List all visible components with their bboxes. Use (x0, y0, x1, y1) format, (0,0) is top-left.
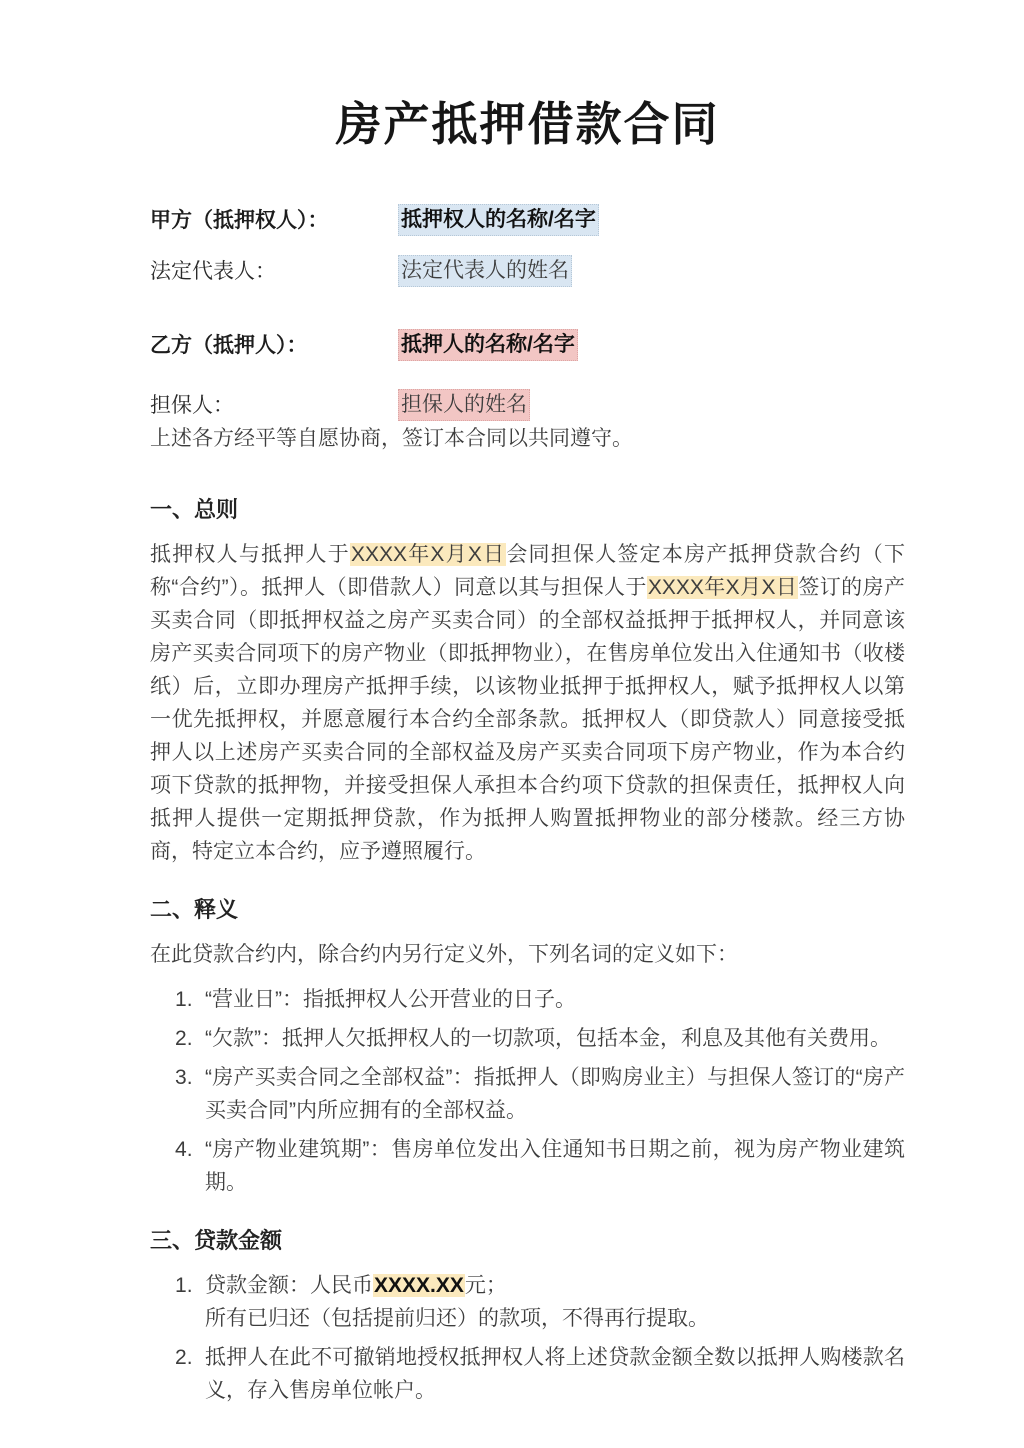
contract-date-field-2[interactable]: XXXX年X月X日 (647, 576, 799, 599)
parties-block: 甲方（抵押权人）： 抵押权人的名称/名字 法定代表人： 法定代表人的姓名 乙方（… (150, 204, 905, 422)
definition-item-business-day: “营业日”：指抵押权人公开营业的日子。 (150, 983, 905, 1016)
loan-amount-note: 所有已归还（包括提前归还）的款项，不得再行提取。 (205, 1302, 905, 1335)
definition-item-full-rights: “房产买卖合同之全部权益”：指抵押人（即购房业主）与担保人签订的“房产买卖合同”… (150, 1061, 905, 1127)
guarantor-name-field[interactable]: 担保人的姓名 (398, 389, 530, 421)
party-row-guarantor: 担保人： 担保人的姓名 (150, 389, 905, 422)
general-text-1: 抵押权人与抵押人于 (150, 543, 350, 566)
party-label-legal-rep: 法定代表人： (150, 255, 398, 288)
section-heading-definitions: 二、释义 (150, 895, 905, 925)
general-text-3: 签订的房产买卖合同（即抵押权益之房产买卖合同）的全部权益抵押于抵押权人，并同意该… (150, 576, 905, 863)
loan-amount-list: 贷款金额：人民币XXXX.XX元； 所有已归还（包括提前归还）的款项，不得再行提… (150, 1269, 905, 1407)
loan-amount-text-pre: 贷款金额：人民币 (205, 1274, 373, 1297)
loan-amount-field[interactable]: XXXX.XX (373, 1274, 465, 1297)
party-label-mortgagee: 甲方（抵押权人）： (150, 204, 398, 237)
loan-amount-text-post: 元； (465, 1274, 507, 1297)
party-row-jiafang: 甲方（抵押权人）： 抵押权人的名称/名字 (150, 204, 905, 237)
definition-item-arrears: “欠款”：抵押人欠抵押权人的一切款项，包括本金，利息及其他有关费用。 (150, 1022, 905, 1055)
contract-date-field-1[interactable]: XXXX年X月X日 (350, 543, 506, 566)
contract-document-page: 房产抵押借款合同 甲方（抵押权人）： 抵押权人的名称/名字 法定代表人： 法定代… (0, 0, 1024, 1448)
mortgagor-name-field[interactable]: 抵押人的名称/名字 (398, 329, 578, 361)
section-heading-loan-amount: 三、贷款金额 (150, 1226, 905, 1256)
party-row-legal-rep: 法定代表人： 法定代表人的姓名 (150, 255, 905, 288)
section-heading-general: 一、总则 (150, 495, 905, 525)
party-row-yifang: 乙方（抵押人）： 抵押人的名称/名字 (150, 329, 905, 362)
document-title: 房产抵押借款合同 (150, 0, 905, 154)
loan-authorization-item: 抵押人在此不可撤销地授权抵押权人将上述贷款金额全数以抵押人购楼款名义，存入售房单… (150, 1341, 905, 1407)
mortgagee-name-field[interactable]: 抵押权人的名称/名字 (398, 204, 599, 236)
intro-paragraph: 上述各方经平等自愿协商，签订本合同以共同遵守。 (150, 422, 905, 455)
legal-rep-name-field[interactable]: 法定代表人的姓名 (398, 255, 572, 287)
loan-amount-item: 贷款金额：人民币XXXX.XX元； 所有已归还（包括提前归还）的款项，不得再行提… (150, 1269, 905, 1335)
party-label-mortgagor: 乙方（抵押人）： (150, 329, 398, 362)
definitions-list: “营业日”：指抵押权人公开营业的日子。 “欠款”：抵押人欠抵押权人的一切款项，包… (150, 983, 905, 1199)
party-label-guarantor: 担保人： (150, 389, 398, 422)
definition-item-construction-period: “房产物业建筑期”：售房单位发出入住通知书日期之前，视为房产物业建筑期。 (150, 1133, 905, 1199)
general-provisions-paragraph: 抵押权人与抵押人于XXXX年X月X日会同担保人签定本房产抵押贷款合约（下称“合约… (150, 538, 905, 868)
definitions-lead: 在此贷款合约内，除合约内另行定义外，下列名词的定义如下： (150, 938, 905, 971)
